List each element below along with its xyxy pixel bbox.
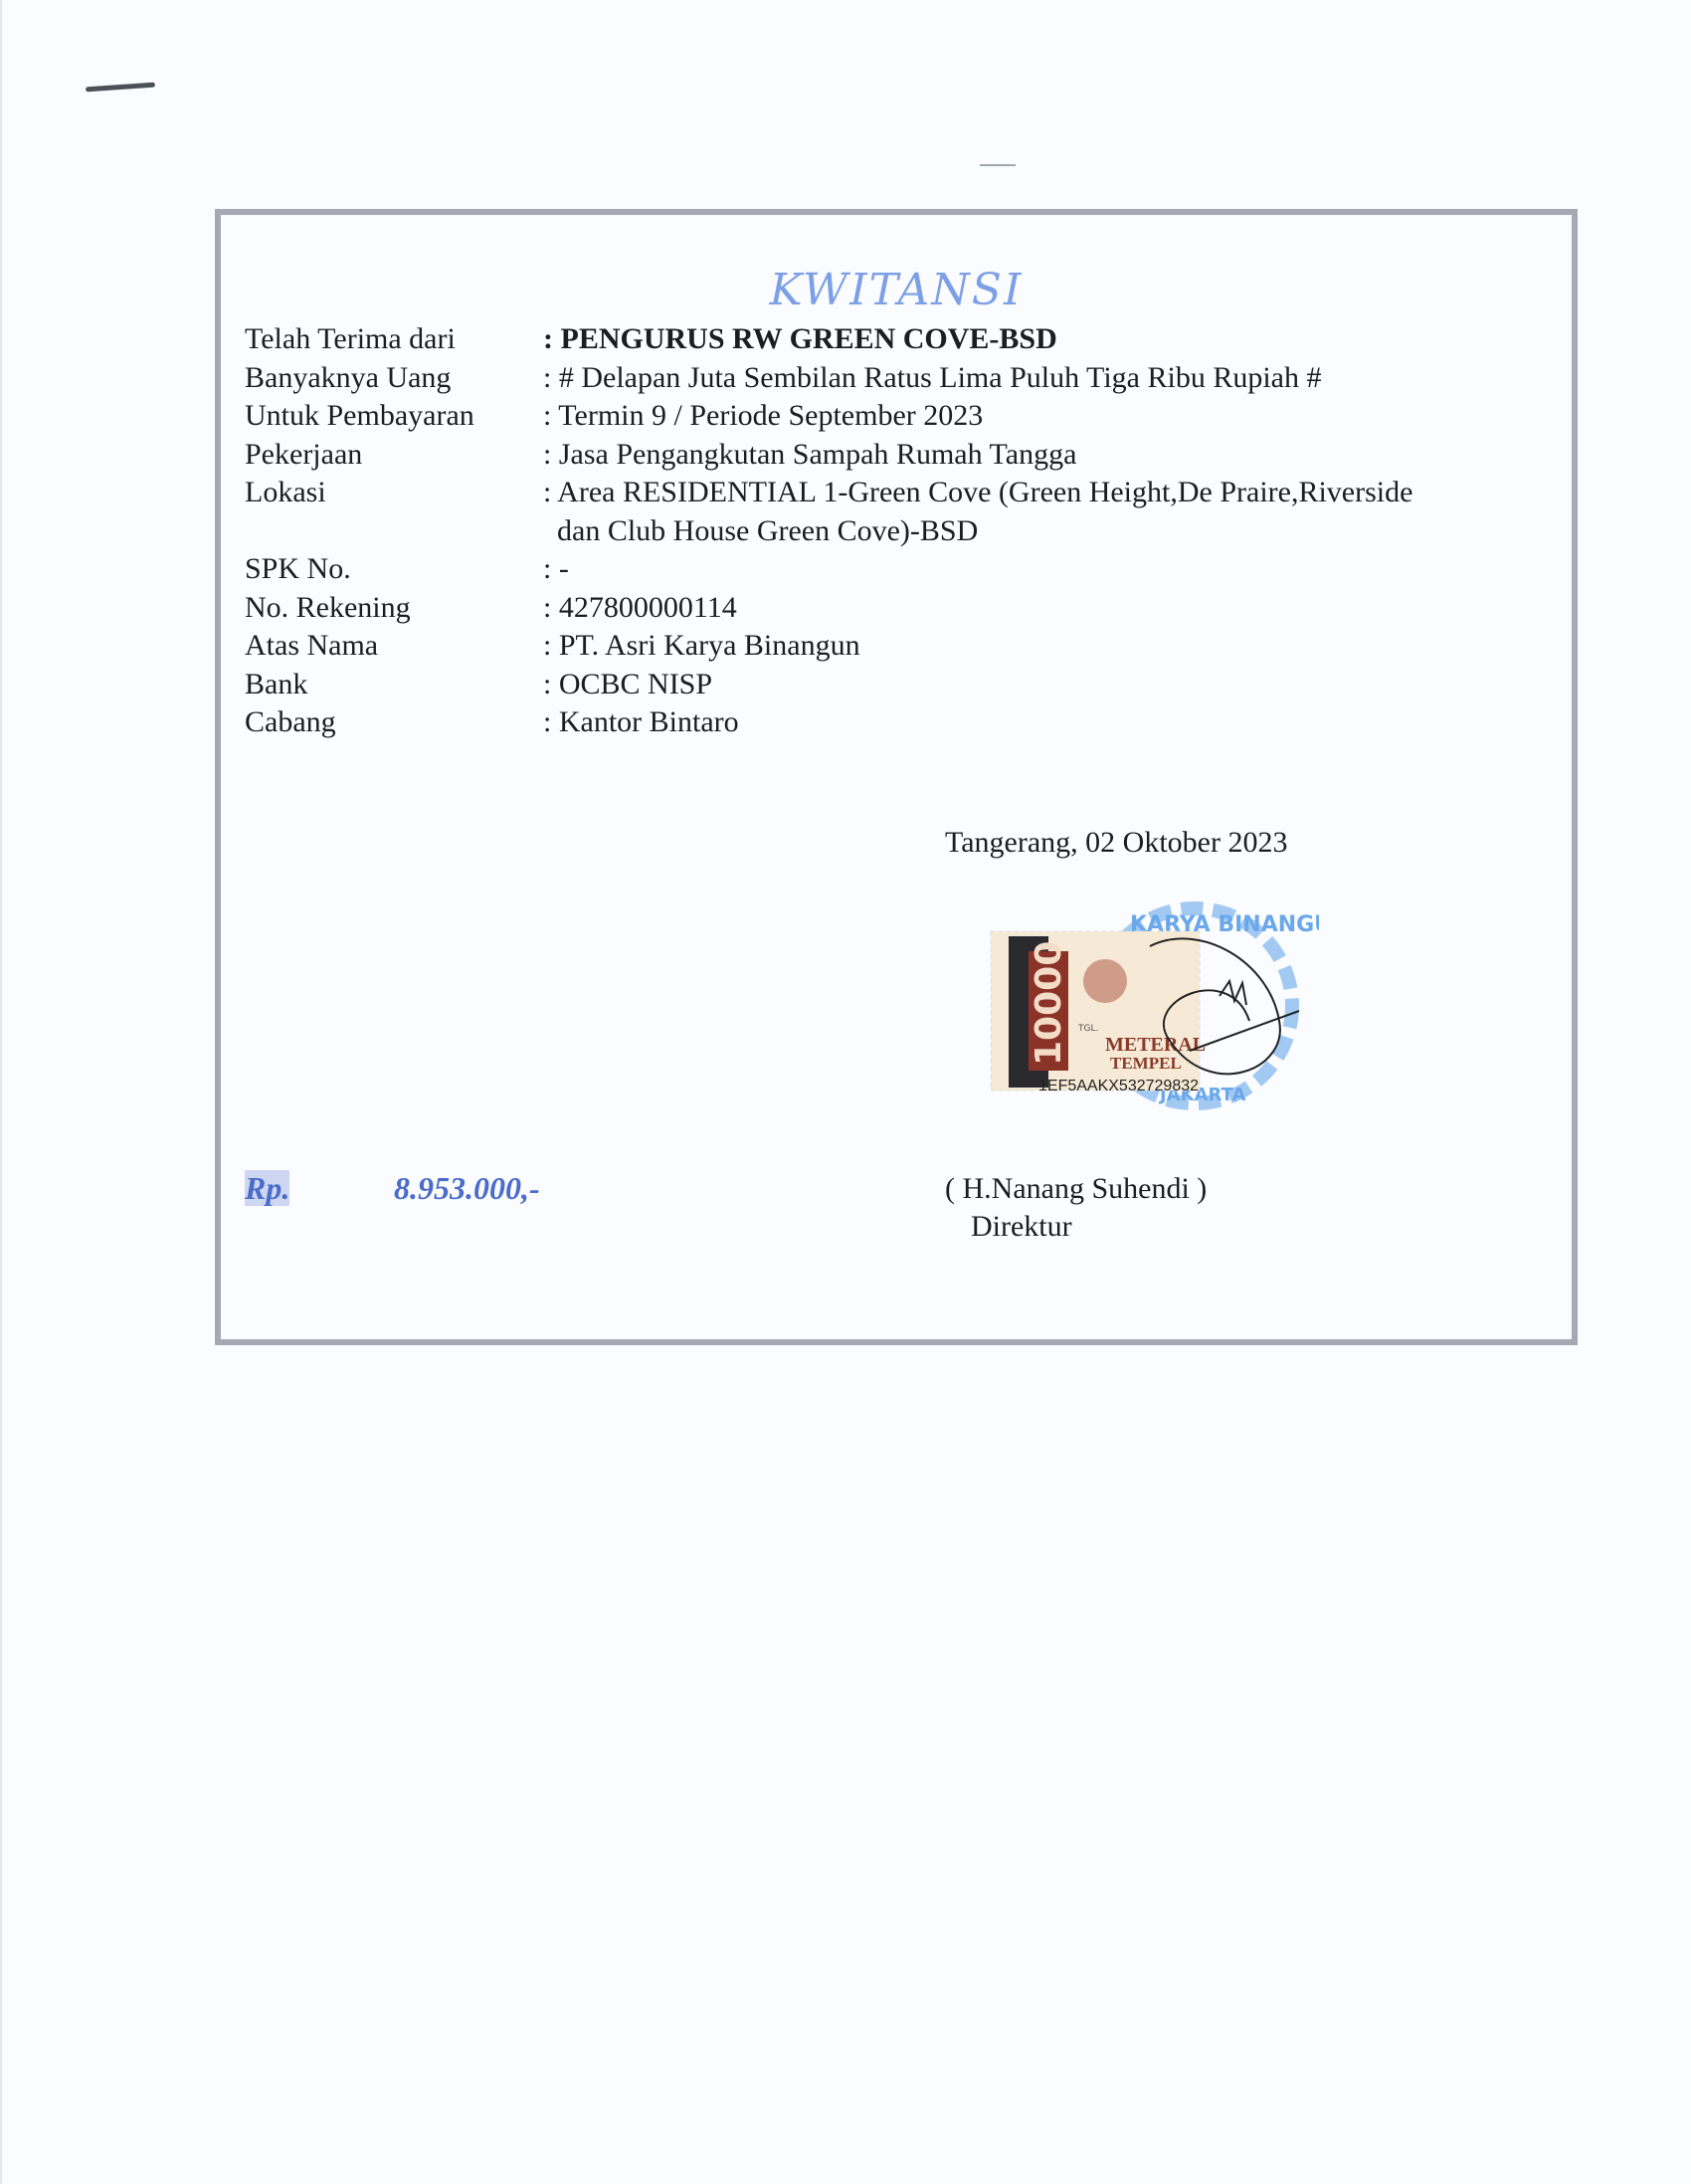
field-label: Pekerjaan: [245, 436, 543, 475]
field-location: Lokasi : Area RESIDENTIAL 1-Green Cove (…: [245, 474, 1528, 550]
stamp-text-1: METERAL: [1105, 1034, 1206, 1056]
location-line-1: : Area RESIDENTIAL 1-Green Cove (Green H…: [543, 474, 1528, 512]
stamp-tgl: TGL.: [1077, 1024, 1098, 1034]
field-payment-for: Untuk Pembayaran : Termin 9 / Periode Se…: [245, 397, 1528, 436]
stamp-text-2: TEMPEL: [1110, 1054, 1182, 1073]
amount-currency: Rp.: [245, 1170, 394, 1207]
signatory-name: ( H.Nanang Suhendi ): [945, 1170, 1207, 1208]
signatory-role: Direktur: [945, 1208, 1207, 1246]
location-line-2: dan Club House Green Cove)-BSD: [543, 512, 1528, 551]
field-label: Lokasi: [245, 474, 543, 550]
field-received-from: Telah Terima dari : PENGURUS RW GREEN CO…: [245, 320, 1528, 359]
receipt-title: KWITANSI: [221, 265, 1572, 315]
field-value: : Area RESIDENTIAL 1-Green Cove (Green H…: [543, 474, 1528, 550]
field-label: Untuk Pembayaran: [245, 397, 543, 436]
field-value: : # Delapan Juta Sembilan Ratus Lima Pul…: [543, 359, 1528, 398]
signatory: ( H.Nanang Suhendi ) Direktur: [945, 1170, 1207, 1246]
field-value: : PT. Asri Karya Binangun: [543, 627, 1528, 666]
field-value: : 427800000114: [543, 589, 1528, 628]
field-label: Banyaknya Uang: [245, 359, 543, 398]
field-value: : -: [543, 550, 1528, 589]
field-label: SPK No.: [245, 550, 543, 589]
field-label: Bank: [245, 666, 543, 704]
receipt-fields: Telah Terima dari : PENGURUS RW GREEN CO…: [245, 320, 1528, 742]
stamp-value: 10000: [1029, 941, 1069, 1066]
field-spk-no: SPK No. : -: [245, 550, 1528, 589]
field-value: : OCBC NISP: [543, 666, 1528, 704]
field-work: Pekerjaan : Jasa Pengangkutan Sampah Rum…: [245, 436, 1528, 475]
field-account-name: Atas Nama : PT. Asri Karya Binangun: [245, 627, 1528, 666]
place-date: Tangerang, 02 Oktober 2023: [945, 826, 1287, 860]
field-amount-words: Banyaknya Uang : # Delapan Juta Sembilan…: [245, 359, 1528, 398]
field-bank: Bank : OCBC NISP: [245, 666, 1528, 704]
currency-symbol: Rp.: [245, 1170, 289, 1206]
field-value: : PENGURUS RW GREEN COVE-BSD: [543, 320, 1528, 359]
field-value: : Termin 9 / Periode September 2023: [543, 397, 1528, 436]
field-value: : Kantor Bintaro: [543, 703, 1528, 742]
receipt-frame: KWITANSI Telah Terima dari : PENGURUS RW…: [215, 209, 1578, 1345]
stamp-serial: 1EF5AAKX532729832: [1038, 1078, 1199, 1094]
field-branch: Cabang : Kantor Bintaro: [245, 703, 1528, 742]
scan-artifact-mark: [86, 83, 155, 93]
stamp-seal-signature-icon: KARYA BINANGUN JAKARTA 10000 TGL. METERA…: [981, 901, 1319, 1110]
field-label: No. Rekening: [245, 589, 543, 628]
scan-edge: [0, 0, 2, 2184]
field-label: Telah Terima dari: [245, 320, 543, 359]
field-label: Cabang: [245, 703, 543, 742]
scan-artifact-speck: [980, 164, 1016, 166]
field-label: Atas Nama: [245, 627, 543, 666]
field-value: : Jasa Pengangkutan Sampah Rumah Tangga: [543, 436, 1528, 475]
amount-total: Rp. 8.953.000,-: [245, 1170, 540, 1207]
amount-value: 8.953.000,-: [394, 1170, 540, 1207]
field-account-number: No. Rekening : 427800000114: [245, 589, 1528, 628]
